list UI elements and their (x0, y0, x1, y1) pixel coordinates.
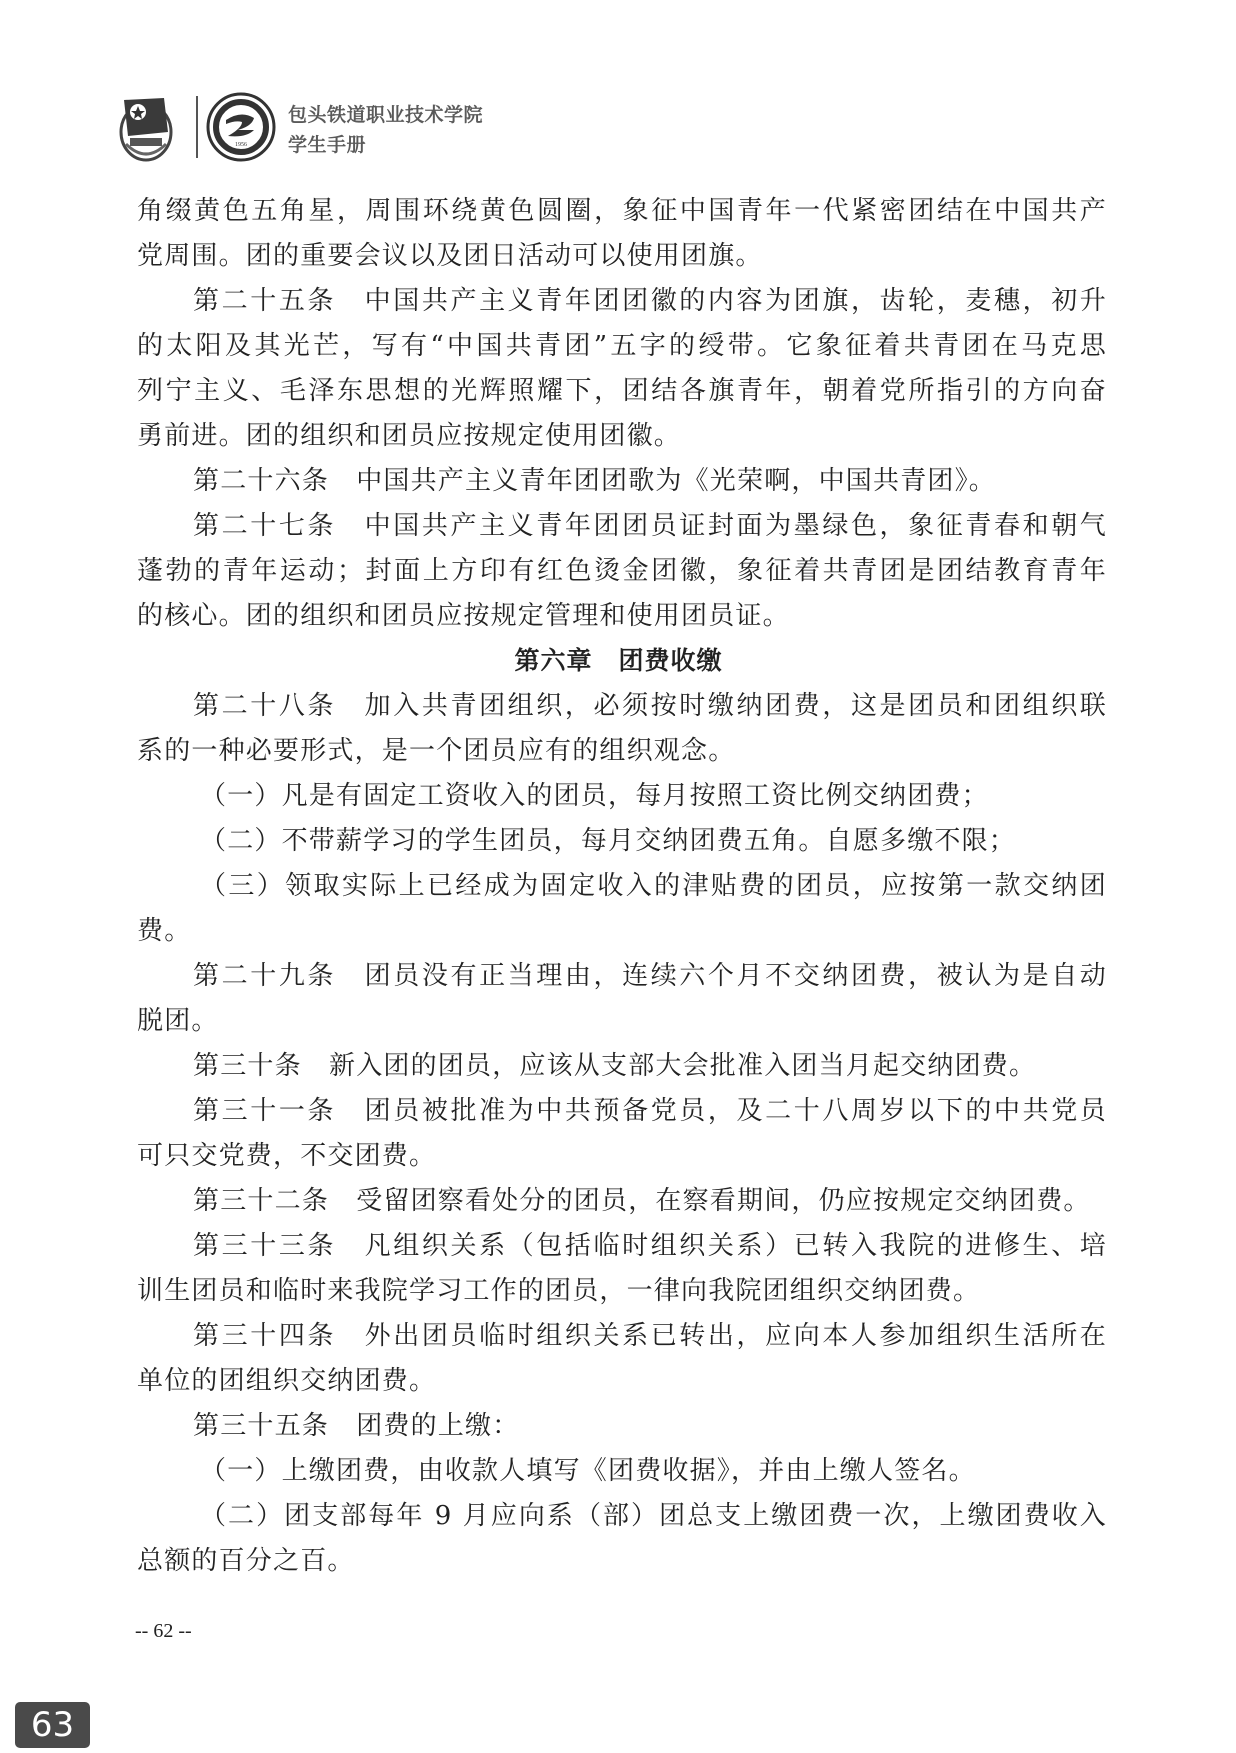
sub-item: （一）凡是有固定工资收入的团员，每月按照工资比例交纳团费； (200, 779, 1107, 813)
text-line: 训生团员和临时来我院学习工作的团员，一律向我院团组织交纳团费。 (137, 1274, 1107, 1308)
article-35: 第三十五条 团费的上缴： (193, 1409, 1107, 1443)
article-26: 第二十六条 中国共产主义青年团团歌为《光荣啊，中国共青团》。 (193, 464, 1107, 498)
text-line: 费。 (137, 914, 1107, 948)
chapter-heading: 第六章 团费收缴 (137, 644, 1100, 678)
sub-item: （一）上缴团费，由收款人填写《团费收据》，并由上缴人签名。 (200, 1454, 1107, 1488)
text-line: 系的一种必要形式，是一个团员应有的组织观念。 (137, 734, 1107, 768)
sub-item: （二）团支部每年 9 月应向系（部）团总支上缴团费一次，上缴团费收入 (200, 1499, 1107, 1533)
printed-page-number: -- 62 -- (135, 1620, 192, 1643)
text-line: 勇前进。团的组织和团员应按规定使用团徽。 (137, 419, 1107, 453)
handbook-name: 学生手册 (288, 130, 483, 160)
text-line: 蓬勃的青年运动；封面上方印有红色烫金团徽，象征着共青团是团结教育青年 (137, 554, 1107, 588)
text-line: 党周围。团的重要会议以及团日活动可以使用团旗。 (137, 239, 1107, 273)
school-logo-icon: 1956 (206, 92, 276, 162)
header-divider (196, 96, 198, 158)
text-line: 可只交党费，不交团费。 (137, 1139, 1107, 1173)
document-header: 1956 包头铁道职业技术学院 学生手册 (118, 88, 618, 166)
sub-item: （三）领取实际上已经成为固定收入的津贴费的团员，应按第一款交纳团 (200, 869, 1107, 903)
text-line: 脱团。 (137, 1004, 1107, 1038)
article-33: 第三十三条 凡组织关系（包括临时组织关系）已转入我院的进修生、培 (193, 1229, 1107, 1263)
text-line: 总额的百分之百。 (137, 1544, 1107, 1578)
article-27: 第二十七条 中国共产主义青年团团员证封面为墨绿色，象征青春和朝气 (193, 509, 1107, 543)
article-31: 第三十一条 团员被批准为中共预备党员，及二十八周岁以下的中共党员 (193, 1094, 1107, 1128)
institution-name: 包头铁道职业技术学院 (288, 100, 483, 130)
text-line: 单位的团组织交纳团费。 (137, 1364, 1107, 1398)
text-line: 角缀黄色五角星，周围环绕黄色圆圈，象征中国青年一代紧密团结在中国共产 (137, 194, 1107, 228)
article-32: 第三十二条 受留团察看处分的团员，在察看期间，仍应按规定交纳团费。 (193, 1184, 1107, 1218)
viewer-page-badge: 63 (15, 1702, 90, 1748)
text-line: 的核心。团的组织和团员应按规定管理和使用团员证。 (137, 599, 1107, 633)
text-line: 的太阳及其光芒，写有“中国共青团”五字的绶带。它象征着共青团在马克思 (137, 329, 1107, 363)
article-34: 第三十四条 外出团员临时组织关系已转出，应向本人参加组织生活所在 (193, 1319, 1107, 1353)
article-25: 第二十五条 中国共产主义青年团团徽的内容为团旗，齿轮，麦穗，初升 (193, 284, 1107, 318)
article-28: 第二十八条 加入共青团组织，必须按时缴纳团费，这是团员和团组织联 (193, 689, 1107, 723)
text-line: 列宁主义、毛泽东思想的光辉照耀下，团结各旗青年，朝着党所指引的方向奋 (137, 374, 1107, 408)
header-title: 包头铁道职业技术学院 学生手册 (288, 100, 483, 160)
article-30: 第三十条 新入团的团员，应该从支部大会批准入团当月起交纳团费。 (193, 1049, 1107, 1083)
youth-league-emblem-icon (118, 92, 174, 162)
svg-text:1956: 1956 (235, 142, 247, 148)
article-29: 第二十九条 团员没有正当理由，连续六个月不交纳团费，被认为是自动 (193, 959, 1107, 993)
sub-item: （二）不带薪学习的学生团员，每月交纳团费五角。自愿多缴不限； (200, 824, 1107, 858)
